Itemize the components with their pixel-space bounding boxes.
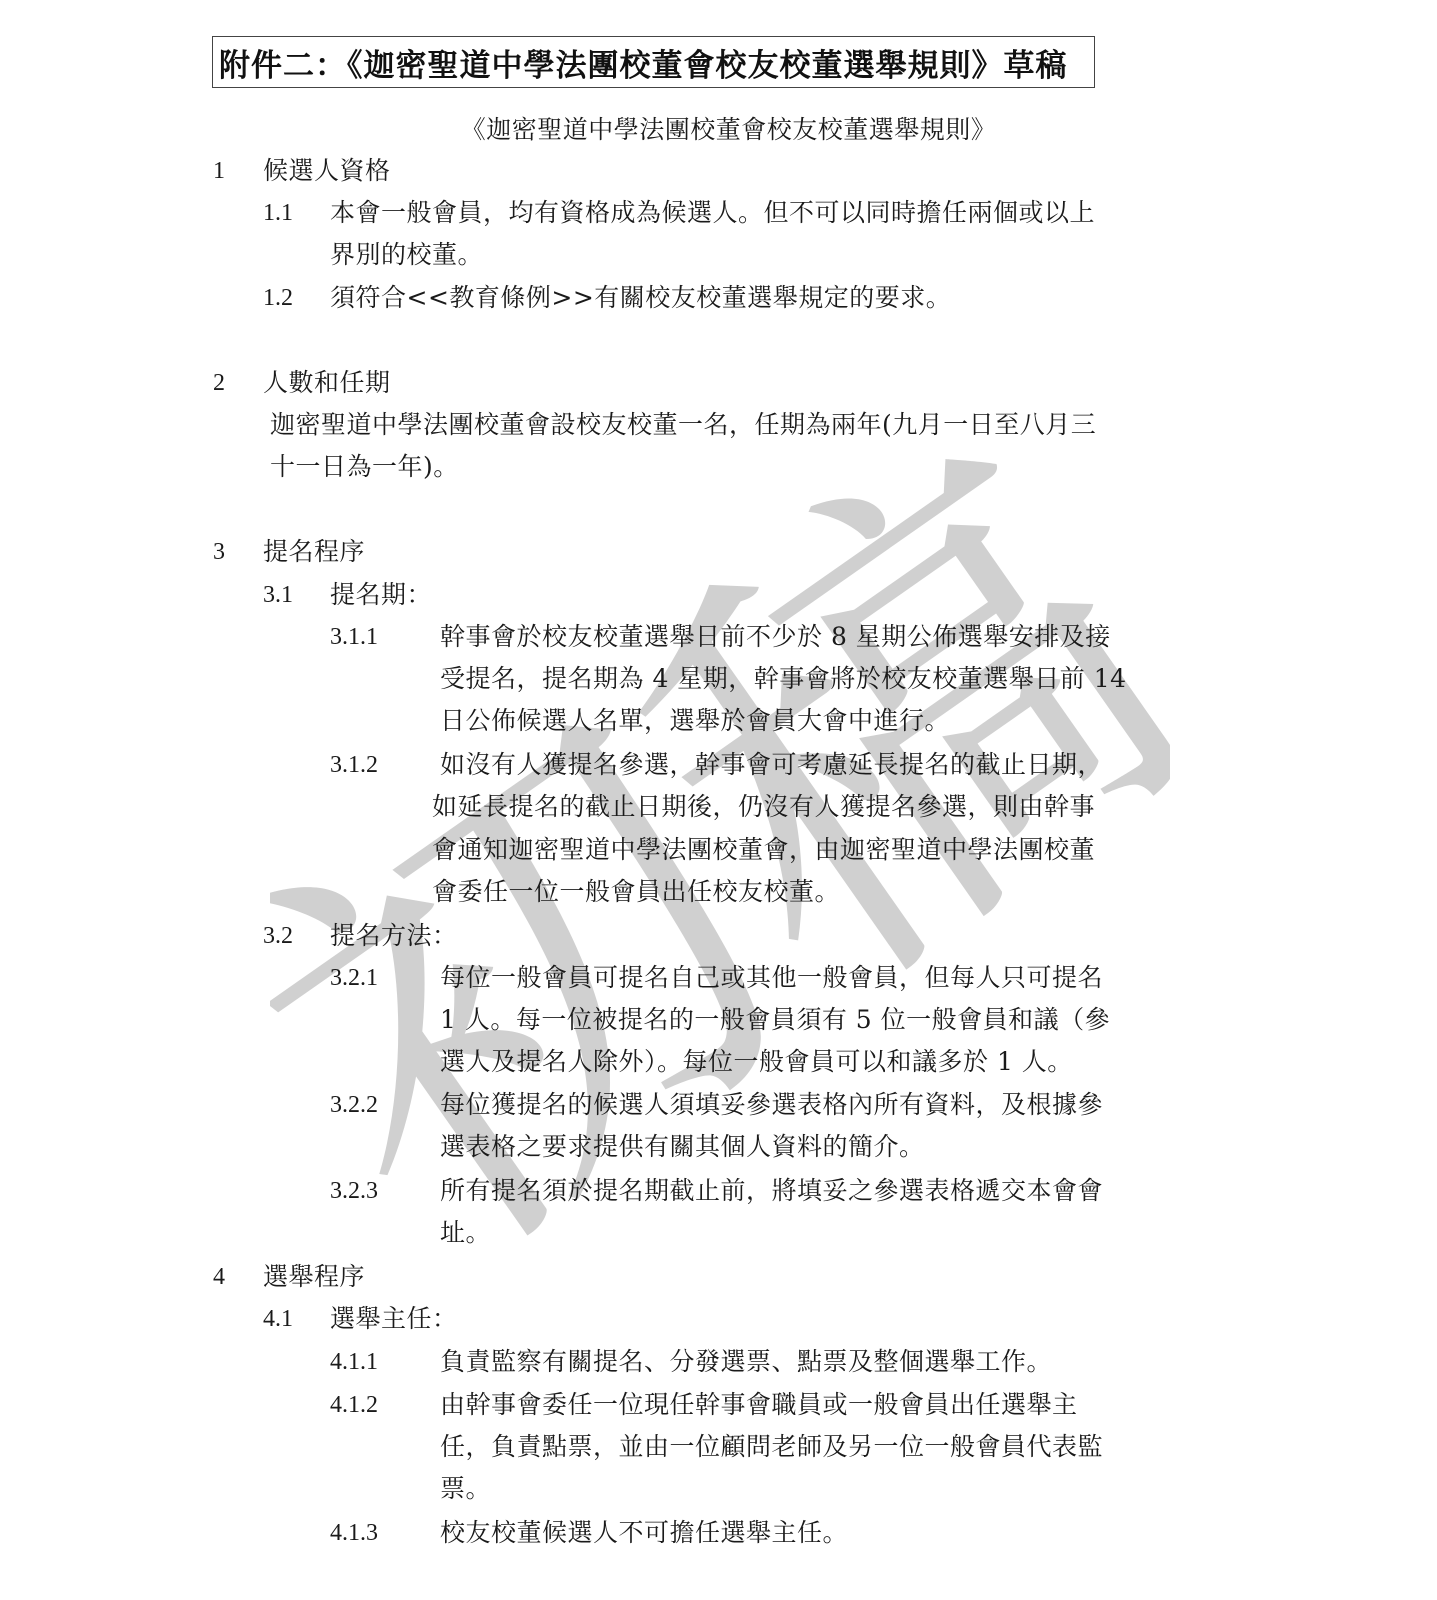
item-text-line: 界別的校董。 [330,240,483,270]
subitem-number: 3.2.1 [330,963,378,993]
section-body-line: 十一日為一年)。 [270,452,459,482]
subitem-text-line: 負責監察有關提名、分發選票、點票及整個選舉工作。 [440,1347,1052,1377]
subitem-number: 4.1.3 [330,1518,378,1548]
section-body-line: 迦密聖道中學法團校董會設校友校董一名，任期為兩年(九月一日至八月三 [270,410,1096,440]
subitem-text-line: 幹事會於校友校董選舉日前不少於 8 星期公佈選舉安排及接 [440,622,1111,652]
subitem-text-line: 會通知迦密聖道中學法團校董會，由迦密聖道中學法團校董 [432,835,1095,865]
item-text-line: 本會一般會員，均有資格成為候選人。但不可以同時擔任兩個或以上 [330,198,1095,228]
subitem-text-line: 任，負責點票，並由一位顧問老師及另一位一般會員代表監 [440,1432,1103,1462]
subitem-text-line: 日公佈候選人名單，選舉於會員大會中進行。 [440,706,950,736]
document-title: 附件二：《迦密聖道中學法團校董會校友校董選舉規則》草稿 [212,36,1095,88]
document-page: 初稿 附件二：《迦密聖道中學法團校董會校友校董選舉規則》草稿 《迦密聖道中學法團… [0,0,1437,1600]
item-number: 3.2 [263,921,293,951]
section-number: 1 [213,156,225,186]
subitem-text-line: 每位獲提名的候選人須填妥參選表格內所有資料，及根據參 [440,1090,1103,1120]
subitem-number: 3.2.3 [330,1176,378,1206]
item-text-line: 須符合<<教育條例>>有關校友校董選舉規定的要求。 [330,283,951,313]
subitem-text-line: 由幹事會委任一位現任幹事會職員或一般會員出任選舉主 [440,1390,1078,1420]
subitem-number: 4.1.2 [330,1390,378,1420]
document-subtitle: 《迦密聖道中學法團校董會校友校董選舉規則》 [0,110,1437,146]
section-heading: 選舉程序 [263,1262,365,1292]
subitem-text-line: 址。 [440,1218,491,1248]
subitem-text-line: 選表格之要求提供有關其個人資料的簡介。 [440,1132,925,1162]
section-heading: 人數和任期 [263,368,391,398]
subitem-text-line: 選人及提名人除外）。每位一般會員可以和議多於 1 人。 [440,1047,1073,1077]
subitem-text-line: 會委任一位一般會員出任校友校董。 [432,877,840,907]
section-number: 3 [213,537,225,567]
subitem-text-line: 如延長提名的截止日期後，仍沒有人獲提名參選，則由幹事 [432,792,1095,822]
subitem-text-line: 如沒有人獲提名參選，幹事會可考慮延長提名的截止日期， [440,750,1103,780]
item-label: 提名期： [330,580,432,610]
item-number: 4.1 [263,1304,293,1334]
subitem-number: 3.1.1 [330,622,378,652]
section-number: 4 [213,1262,225,1292]
item-label: 選舉主任： [330,1304,458,1334]
subitem-number: 4.1.1 [330,1347,378,1377]
subitem-text-line: 所有提名須於提名期截止前，將填妥之參選表格遞交本會會 [440,1176,1103,1206]
item-number: 1.2 [263,283,293,313]
subitem-text-line: 校友校董候選人不可擔任選舉主任。 [440,1518,848,1548]
subitem-text-line: 受提名，提名期為 4 星期，幹事會將於校友校董選舉日前 14 [440,664,1127,694]
item-number: 3.1 [263,580,293,610]
section-heading: 提名程序 [263,537,365,567]
subitem-text-line: 1 人。每一位被提名的一般會員須有 5 位一般會員和議（參 [440,1005,1110,1035]
subitem-number: 3.1.2 [330,750,378,780]
section-heading: 候選人資格 [263,156,391,186]
subitem-number: 3.2.2 [330,1090,378,1120]
item-label: 提名方法： [330,921,458,951]
item-number: 1.1 [263,198,293,228]
section-number: 2 [213,368,225,398]
subitem-text-line: 票。 [440,1474,491,1504]
subitem-text-line: 每位一般會員可提名自己或其他一般會員，但每人只可提名 [440,963,1103,993]
